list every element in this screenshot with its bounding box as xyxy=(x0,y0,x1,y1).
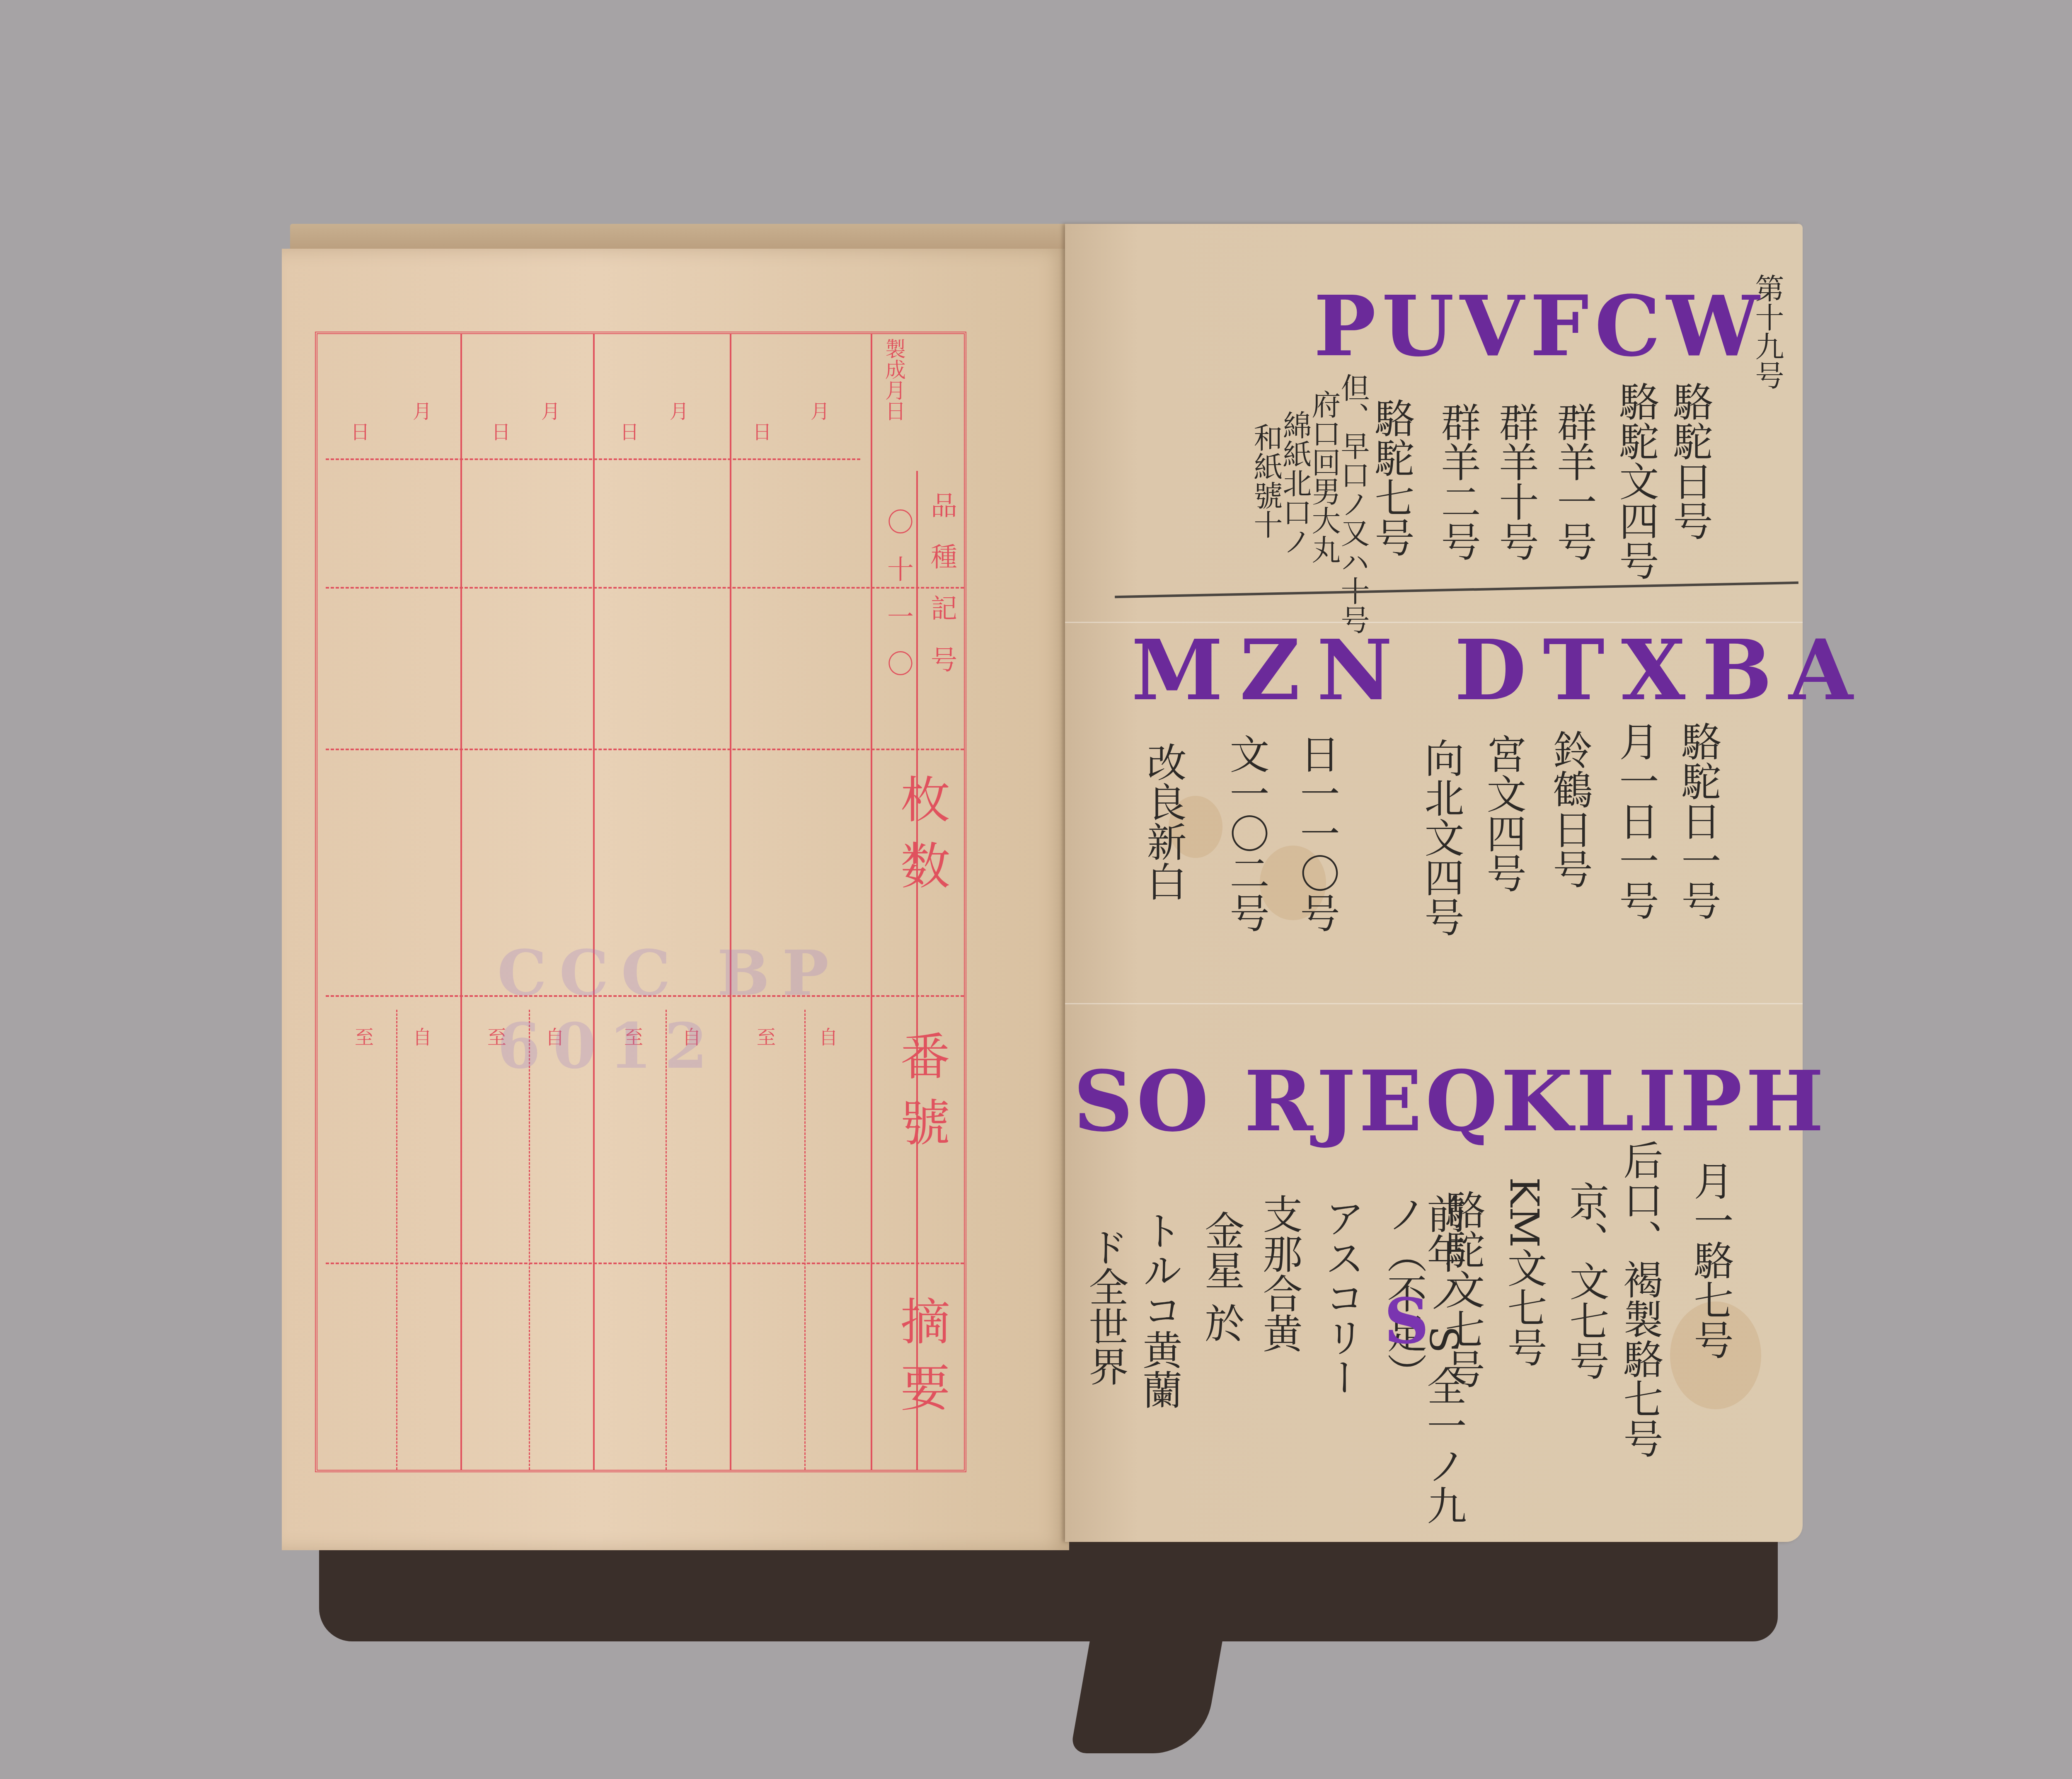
row-divider xyxy=(326,749,964,750)
month-label: 月 xyxy=(541,396,560,424)
day-label: 日 xyxy=(351,417,370,444)
row-divider xyxy=(326,1263,964,1264)
entry-V: 群羊十号 xyxy=(1496,402,1536,561)
manufacture-date-label: 製成月日 xyxy=(879,338,909,421)
book-shadow xyxy=(319,1542,1778,1641)
entry-E: アスコリー xyxy=(1322,1198,1362,1397)
from-label: 自 xyxy=(413,1022,432,1049)
entry-S: ド全世界 xyxy=(1086,1227,1126,1386)
entry-B: 月一日一号 xyxy=(1616,721,1656,920)
section-divider-line xyxy=(1115,582,1798,599)
summary-label: 摘要 xyxy=(885,1296,956,1428)
month-label: 月 xyxy=(811,396,830,424)
entry-U: 群羊二号 xyxy=(1438,402,1478,561)
stamped-letters-row-3: SO RJEQKLIPH xyxy=(1073,1053,1827,1150)
right-page: 第十九号 PUVFCW 駱駝日号 駱駝文四号 群羊一号 群羊十号 群羊二号 駱駝… xyxy=(1065,224,1803,1542)
inline-stamped-S: S xyxy=(1384,1285,1429,1358)
stamped-letters-row-2: MZN DTXBA xyxy=(1131,622,1869,719)
column-divider xyxy=(460,334,462,1470)
fold-crease xyxy=(1065,1003,1803,1004)
entry-F: 群羊一号 xyxy=(1554,402,1594,561)
product-code-label: 品種記号 xyxy=(922,492,961,697)
column-divider xyxy=(730,334,731,1470)
day-label: 日 xyxy=(620,417,639,444)
entry-A: 駱駝日一号 xyxy=(1678,721,1718,920)
entry-M: 改良新白 xyxy=(1144,742,1184,901)
entry-note: 和紙號十 xyxy=(1251,423,1280,539)
entry-note: 但、早口ノ又ハ十号 xyxy=(1339,373,1368,634)
left-page: 日 月 日 月 日 月 日 月 至 自 至 自 至 自 至 自 製成月日 品種記… xyxy=(282,249,1069,1550)
entry-I: 京、文七号 xyxy=(1566,1181,1606,1380)
entry-note: 綿紙北口ノ xyxy=(1280,410,1310,555)
faded-stamp-impression: CCC BP 6012 xyxy=(497,937,1069,1083)
range-marker: 〇十一〇 xyxy=(879,508,917,697)
entry-T: 宮文四号 xyxy=(1484,734,1523,893)
entry-W: 駱駝日号 xyxy=(1670,381,1710,540)
sheet-count-label: 枚数 xyxy=(885,773,956,906)
entry-P: 駱駝七号 xyxy=(1372,398,1411,557)
entry-C: 駱駝文四号 xyxy=(1616,381,1656,580)
row-divider xyxy=(326,458,860,460)
entry-N: 日一一〇号 xyxy=(1297,734,1337,933)
entry-Z: 文一〇二号 xyxy=(1227,734,1266,933)
entry-Q: 前年ノ S 全一ノ九ノ（不足） xyxy=(1384,1194,1464,1542)
day-label: 日 xyxy=(491,417,511,444)
to-label: 至 xyxy=(355,1022,374,1049)
entry-R: 金星 於 xyxy=(1202,1210,1242,1343)
month-label: 月 xyxy=(670,396,689,424)
row-divider xyxy=(326,587,964,589)
month-label: 月 xyxy=(413,396,432,424)
column-divider xyxy=(871,334,872,1470)
entry-H: 月一駱七号 xyxy=(1691,1161,1731,1360)
from-to-divider xyxy=(396,1010,397,1470)
day-label: 日 xyxy=(753,417,772,444)
entry-L: KM文七号 xyxy=(1504,1177,1544,1367)
entry-D: 向北文四号 xyxy=(1421,738,1461,937)
entry-J: 支那合黄 xyxy=(1260,1194,1300,1353)
entry-X: 鈴鶴日号 xyxy=(1550,730,1590,889)
red-ledger-form: 日 月 日 月 日 月 日 月 至 自 至 自 至 自 至 自 製成月日 品種記… xyxy=(315,332,966,1472)
entry-O: トルコ黄蘭 xyxy=(1140,1210,1179,1409)
stamped-letters-row-1: PUVFCW xyxy=(1314,278,1765,375)
entry-P: 后口、褐製駱七号 xyxy=(1620,1140,1660,1458)
entry-note: 府口回男大丸 xyxy=(1310,390,1339,564)
column-divider xyxy=(593,334,595,1470)
